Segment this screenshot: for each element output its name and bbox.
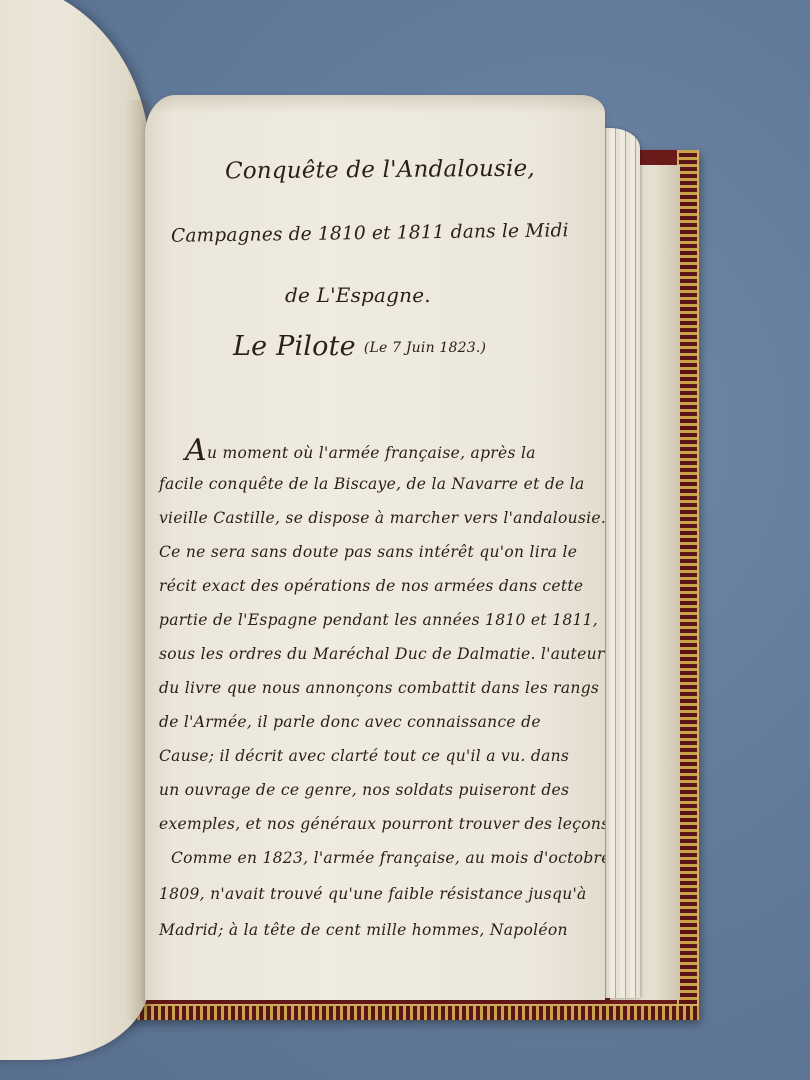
body-line: sous les ordres du Maréchal Duc de Dalma…	[159, 645, 605, 663]
body-line: Cause; il décrit avec clarté tout ce qu'…	[159, 747, 569, 765]
body-line-text: u moment où l'armée française, après la	[207, 444, 536, 462]
gilt-border-right	[677, 150, 699, 1020]
body-line: 1809, n'avait trouvé qu'une faible résis…	[159, 885, 587, 903]
source-date: (Le 7 Juin 1823.)	[364, 340, 486, 356]
source-name: Le Pilote	[233, 331, 356, 362]
heading-source: Le Pilote(Le 7 Juin 1823.)	[233, 331, 486, 362]
body-line: facile conquête de la Biscaye, de la Nav…	[159, 475, 585, 493]
photo-scene: Conquête de l'Andalousie, Campagnes de 1…	[0, 0, 810, 1080]
body-line: un ouvrage de ce genre, nos soldats puis…	[159, 781, 569, 799]
right-page-recto: Conquête de l'Andalousie, Campagnes de 1…	[145, 95, 605, 1000]
drop-capital: A	[185, 433, 207, 468]
body-line: Ce ne sera sans doute pas sans intérêt q…	[159, 543, 577, 561]
left-page-verso	[0, 0, 150, 1060]
body-line: Comme en 1823, l'armée française, au moi…	[171, 849, 605, 867]
body-line: du livre que nous annonçons combattit da…	[159, 679, 599, 697]
body-line: Madrid; à la tête de cent mille hommes, …	[159, 921, 568, 939]
heading-subtitle: Campagnes de 1810 et 1811 dans le Midi	[171, 220, 569, 247]
manuscript-text: Conquête de l'Andalousie, Campagnes de 1…	[145, 95, 605, 1000]
body-line: de l'Armée, il parle donc avec connaissa…	[159, 713, 541, 731]
body-line: récit exact des opérations de nos armées…	[159, 577, 583, 595]
body-line: vieille Castille, se dispose à marcher v…	[159, 509, 605, 527]
body-line: Au moment où l'armée française, après la	[185, 433, 536, 468]
body-line: partie de l'Espagne pendant les années 1…	[159, 611, 598, 629]
body-line: exemples, et nos généraux pourront trouv…	[159, 815, 605, 833]
heading-title: Conquête de l'Andalousie,	[225, 156, 535, 185]
heading-subtitle-cont: de L'Espagne.	[285, 283, 431, 307]
gilt-border-bottom	[95, 1004, 699, 1020]
